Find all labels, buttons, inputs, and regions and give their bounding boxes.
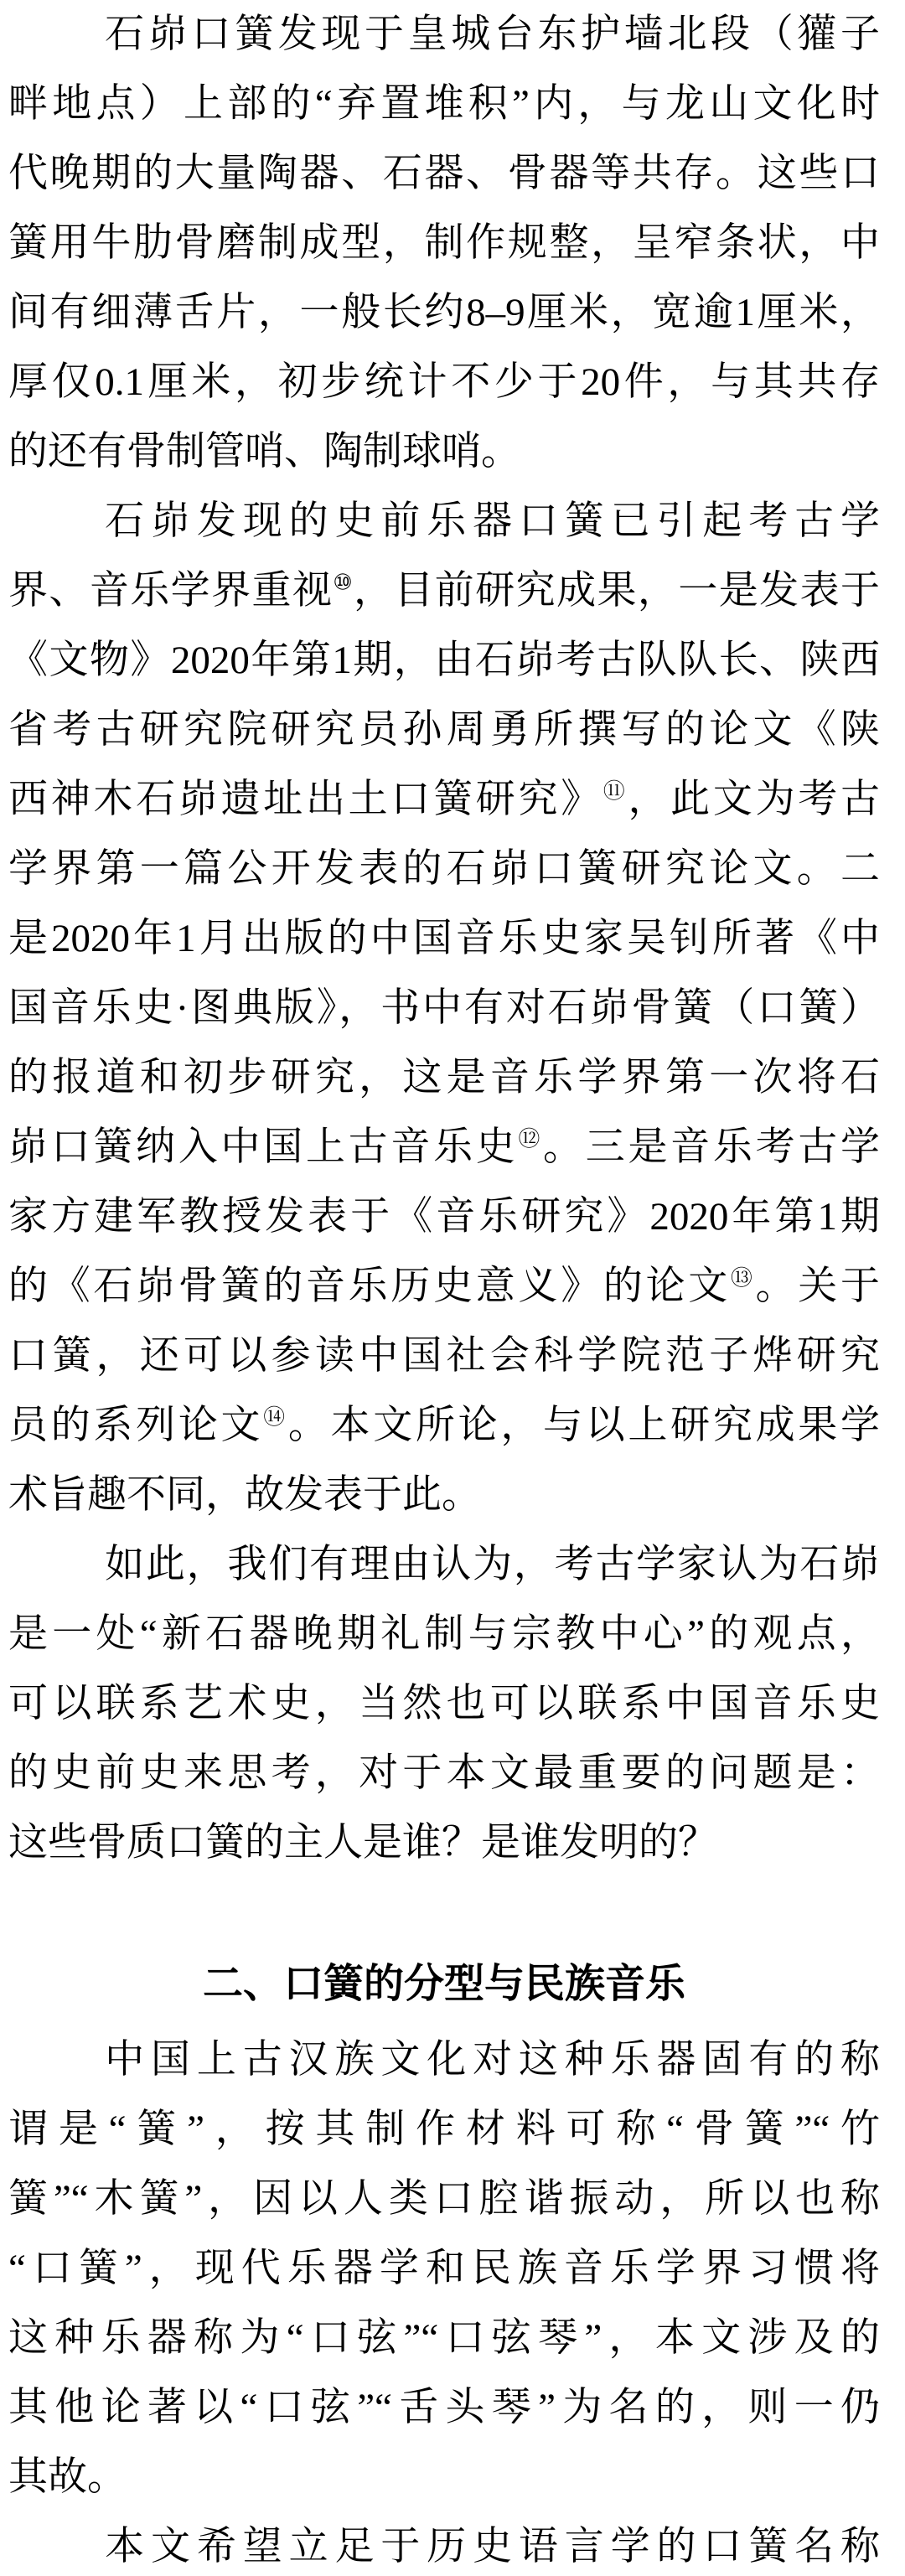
paragraph-4: 中国上古汉族文化对这种乐器固有的称 谓是“簧”，按其制作材料可称“骨簧”“竹 簧… — [8, 2025, 880, 2512]
text-line: 可以联系艺术史，当然也可以联系中国音乐史 — [8, 1669, 880, 1739]
text-line: “口簧”，现代乐器学和民族音乐学界习惯将 — [8, 2234, 880, 2304]
text-line: 是一处“新石器晚期礼制与宗教中心”的观点， — [8, 1600, 880, 1669]
text-line: 员的系列论文⑭。本文所论，与以上研究成果学 — [8, 1391, 880, 1461]
text-segment: 。关于 — [756, 1265, 880, 1308]
text-segment: 界、音乐学界重视 — [8, 569, 333, 613]
text-segment: ，此文为考古 — [628, 778, 880, 821]
text-line: 省考古研究院研究员孙周勇所撰写的论文《陕 — [8, 696, 880, 765]
text-line: 这种乐器称为“口弦”“口弦琴”，本文涉及的 — [8, 2304, 880, 2373]
text-line: 峁口簧纳入中国上古音乐史⑫。三是音乐考古学 — [8, 1113, 880, 1182]
footnote-ref-12: ⑫ — [518, 1126, 543, 1151]
text-line: 的还有骨制管哨、陶制球哨。 — [8, 417, 880, 487]
text-segment: 的《石峁骨簧的音乐历史意义》的论文 — [8, 1265, 731, 1308]
footnote-ref-14: ⑭ — [263, 1404, 288, 1429]
paragraph-2: 石峁发现的史前乐器口簧已引起考古学 界、音乐学界重视⑩，目前研究成果，一是发表于… — [8, 487, 880, 1530]
text-segment: 西神木石峁遗址出土口簧研究》 — [8, 778, 603, 821]
text-line: 如此，我们有理由认为，考古学家认为石峁 — [8, 1530, 880, 1600]
text-line: 的《石峁骨簧的音乐历史意义》的论文⑬。关于 — [8, 1252, 880, 1322]
text-line: 的报道和初步研究，这是音乐学界第一次将石 — [8, 1043, 880, 1113]
text-line: 口簧，还可以参读中国社会科学院范子烨研究 — [8, 1322, 880, 1391]
text-line: 这些骨质口簧的主人是谁？是谁发明的？ — [8, 1808, 880, 1878]
section-heading: 二、口簧的分型与民族音乐 — [8, 1949, 880, 2019]
paragraph-1: 石峁口簧发现于皇城台东护墙北段（獾子 畔地点）上部的“弃置堆积”内，与龙山文化时… — [8, 0, 880, 487]
text-line: 家方建军教授发表于《音乐研究》2020年第1期 — [8, 1182, 880, 1252]
text-segment: ，目前研究成果，一是发表于 — [354, 569, 880, 613]
text-line: 代晚期的大量陶器、石器、骨器等共存。这些口 — [8, 139, 880, 209]
text-line: 畔地点）上部的“弃置堆积”内，与龙山文化时 — [8, 70, 880, 139]
text-line: 学界第一篇公开发表的石峁口簧研究论文。二 — [8, 835, 880, 904]
text-line: 石峁发现的史前乐器口簧已引起考古学 — [8, 487, 880, 556]
text-line: 《文物》2020年第1期，由石峁考古队队长、陕西 — [8, 626, 880, 696]
text-line: 谓是“簧”，按其制作材料可称“骨簧”“竹 — [8, 2095, 880, 2165]
text-line: 其故。 — [8, 2443, 880, 2512]
text-line: 本文希望立足于历史语言学的口簧名称 — [8, 2512, 880, 2576]
text-line: 中国上古汉族文化对这种乐器固有的称 — [8, 2025, 880, 2095]
text-line: 间有细薄舌片，一般长约8–9厘米，宽逾1厘米， — [8, 278, 880, 348]
text-line: 的史前史来思考，对于本文最重要的问题是： — [8, 1739, 880, 1808]
text-line: 石峁口簧发现于皇城台东护墙北段（獾子 — [8, 0, 880, 70]
text-segment: 。本文所论，与以上研究成果学 — [288, 1404, 880, 1447]
text-line: 簧”“木簧”，因以人类口腔谐振动，所以也称 — [8, 2165, 880, 2234]
text-line: 国音乐史·图典版》，书中有对石峁骨簧（口簧） — [8, 974, 880, 1043]
paragraph-3: 如此，我们有理由认为，考古学家认为石峁 是一处“新石器晚期礼制与宗教中心”的观点… — [8, 1530, 880, 1878]
text-segment: 。三是音乐考古学 — [543, 1125, 880, 1169]
footnote-ref-11: ⑪ — [603, 778, 628, 803]
text-segment: 峁口簧纳入中国上古音乐史 — [8, 1125, 518, 1169]
paragraph-5: 本文希望立足于历史语言学的口簧名称 — [8, 2512, 880, 2576]
text-line: 厚仅0.1厘米，初步统计不少于20件，与其共存 — [8, 348, 880, 417]
text-line: 簧用牛肋骨磨制成型，制作规整，呈窄条状，中 — [8, 209, 880, 278]
footnote-ref-10: ⑩ — [333, 570, 354, 594]
text-line: 西神木石峁遗址出土口簧研究》⑪，此文为考古 — [8, 765, 880, 835]
footnote-ref-13: ⑬ — [731, 1265, 756, 1290]
text-line: 是2020年1月出版的中国音乐史家吴钊所著《中 — [8, 904, 880, 974]
text-segment: 员的系列论文 — [8, 1404, 263, 1447]
article-page: 石峁口簧发现于皇城台东护墙北段（獾子 畔地点）上部的“弃置堆积”内，与龙山文化时… — [0, 0, 905, 2576]
text-line: 术旨趣不同，故发表于此。 — [8, 1461, 880, 1530]
text-line: 其他论著以“口弦”“舌头琴”为名的，则一仍 — [8, 2373, 880, 2443]
text-line: 界、音乐学界重视⑩，目前研究成果，一是发表于 — [8, 556, 880, 626]
